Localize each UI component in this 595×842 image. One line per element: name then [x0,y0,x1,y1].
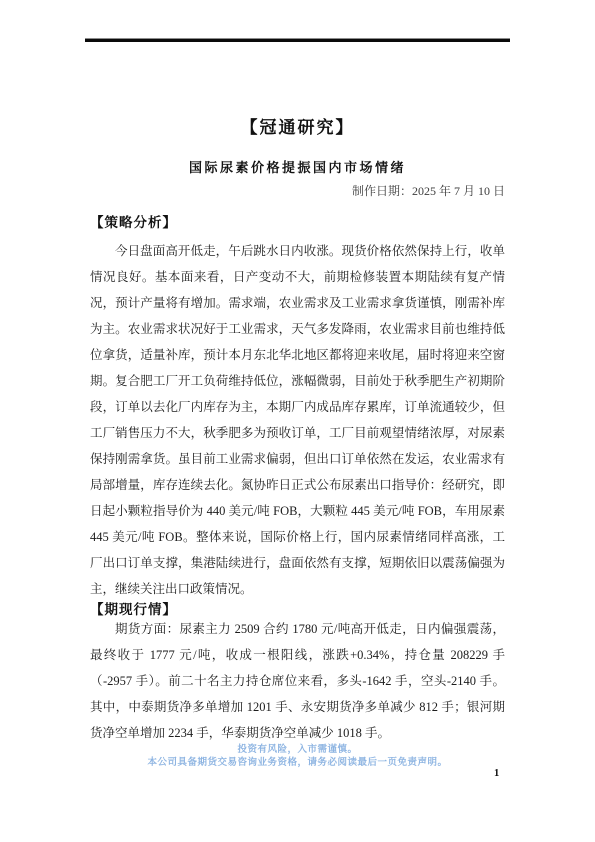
footer-disclaimer-line: 本公司具备期货交易咨询业务资格，请务必阅读最后一页免责声明。 [0,757,595,770]
header-rule-thick-line [85,39,510,42]
header-rule [85,38,510,42]
strategy-analysis-paragraph: 今日盘面高开低走，午后跳水日内收涨。现货价格依然保持上行，收单情况良好。基本面来… [90,238,505,602]
report-brand-title: 【冠通研究】 [90,113,505,138]
page-number: 1 [494,768,499,779]
page-footer: 投资有风险，入市需谨慎。 本公司具备期货交易咨询业务资格，请务必阅读最后一页免责… [0,744,595,769]
footer-risk-warning-line: 投资有风险，入市需谨慎。 [0,744,595,757]
section-heading-strategy-analysis: 【策略分析】 [90,211,505,231]
report-subtitle: 国际尿素价格提振国内市场情绪 [90,157,505,176]
report-date: 制作日期：2025 年 7 月 10 日 [90,182,505,199]
document-page: 【冠通研究】 国际尿素价格提振国内市场情绪 制作日期：2025 年 7 月 10… [0,0,595,842]
section-heading-futures-spot-market: 【期现行情】 [90,598,505,618]
futures-spot-market-paragraph: 期货方面：尿素主力 2509 合约 1780 元/吨高开低走，日内偏强震荡，最终… [90,616,505,746]
